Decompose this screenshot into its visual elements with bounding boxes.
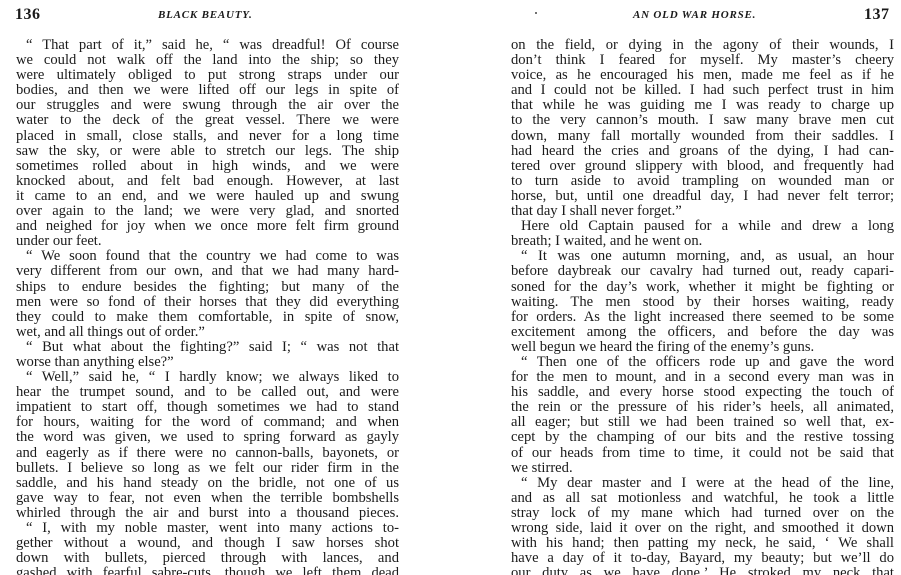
text-line: saw the sky, or were able to stretch our… — [16, 144, 399, 159]
text-line: and eagerly as if there were no cannon-b… — [16, 446, 399, 461]
text-line: have a day of it to-day, Bayard, my beau… — [511, 551, 894, 566]
text-line: horse, but, until one dreadful day, I ha… — [511, 189, 894, 204]
text-line: and neighed for joy when we once more fe… — [16, 219, 399, 234]
text-line: over again to the land; we were very gla… — [16, 204, 399, 219]
text-line: our struggles and were swung through the… — [16, 98, 399, 113]
text-line: for hours, waiting for the word of comma… — [16, 415, 399, 430]
text-line: saddle, and his hand steady on the bridl… — [16, 476, 399, 491]
text-line: sometimes rolled about in high winds, an… — [16, 159, 399, 174]
page-number: 137 — [864, 6, 890, 24]
text-line: had heard the cries and groans of the dy… — [511, 144, 894, 159]
text-line: men were so fond of their horses that th… — [16, 295, 399, 310]
text-line: cept by the champing of our bits and the… — [511, 430, 894, 445]
text-line: gashed with fearful sabre-cuts, though w… — [16, 566, 399, 575]
text-line: all eager; but still we had been trained… — [511, 415, 894, 430]
text-line: were ultimately obliged to put strong st… — [16, 68, 399, 83]
text-line: the word was given, we used to spring fo… — [16, 430, 399, 445]
text-line: with his hand; then patting my neck, he … — [511, 536, 894, 551]
text-line: it came to an end, and we were hauled up… — [16, 189, 399, 204]
body-text: on the field, or dying in the agony of t… — [511, 38, 894, 575]
text-line: “ We soon found that the country we had … — [16, 249, 399, 264]
text-line: “ That part of it,” said he, “ was dread… — [16, 38, 399, 53]
text-line: our duty as we have done.’ He stroked my… — [511, 566, 894, 575]
ornament-dot — [535, 12, 537, 14]
text-line: of our heads from time to time, it could… — [511, 446, 894, 461]
text-line: “ Well,” said he, “ I hardly know; we al… — [16, 370, 399, 385]
text-line: that while he was guiding me I was ready… — [511, 98, 894, 113]
text-line: don’t think I feared for myself. My mast… — [511, 53, 894, 68]
text-line: that day I shall never forget.” — [511, 204, 894, 219]
text-line: wet, and all things out of order.” — [16, 325, 399, 340]
text-line: bodies, and then we were lifted off our … — [16, 83, 399, 98]
text-line: tered over ground slippery with blood, a… — [511, 159, 894, 174]
text-line: and I could not be killed. I had such pe… — [511, 83, 894, 98]
text-line: “ But what about the fighting?” said I; … — [16, 340, 399, 355]
text-line: for orders. As the light increased there… — [511, 310, 894, 325]
running-head: BLACK BEAUTY. — [158, 9, 253, 21]
text-line: voice, as he encouraged his men, made me… — [511, 68, 894, 83]
text-line: soned for the day’s work, whether it mig… — [511, 280, 894, 295]
text-line: they could to make them comfortable, in … — [16, 310, 399, 325]
text-line: the rein or the pressure of his rider’s … — [511, 400, 894, 415]
text-line: stray lock of my mane which had turned o… — [511, 506, 894, 521]
text-line: bullets. I believe so long as we felt ou… — [16, 461, 399, 476]
left-page: 136 BLACK BEAUTY. “ That part of it,” sa… — [0, 0, 450, 575]
text-line: worse than anything else?” — [16, 355, 399, 370]
text-line: ships to endure besides the fighting; bu… — [16, 280, 399, 295]
running-head: AN OLD WAR HORSE. — [633, 9, 756, 21]
text-line: under our feet. — [16, 234, 399, 249]
text-line: before daybreak our cavalry had turned o… — [511, 264, 894, 279]
text-line: very different from our own, and that we… — [16, 264, 399, 279]
text-line: impatient to start off, though sometimes… — [16, 400, 399, 415]
text-line: placed in small, close stalls, and never… — [16, 129, 399, 144]
text-line: “ It was one autumn morning, and, as usu… — [511, 249, 894, 264]
text-line: for the men to mount, and in a second ev… — [511, 370, 894, 385]
text-line: breath; I waited, and he went on. — [511, 234, 894, 249]
text-line: down with bullets, pierced through with … — [16, 551, 399, 566]
text-line: “ My dear master and I were at the head … — [511, 476, 894, 491]
text-line: we stirred. — [511, 461, 894, 476]
book-spread: 136 BLACK BEAUTY. “ That part of it,” sa… — [0, 0, 901, 575]
text-line: water to the deck of the great vessel. T… — [16, 113, 399, 128]
text-line: down, many fall mortally wounded from th… — [511, 129, 894, 144]
text-line: “ Then one of the officers rode up and g… — [511, 355, 894, 370]
text-line: we could not walk off the land into the … — [16, 53, 399, 68]
text-line: gether without a wound, and though I saw… — [16, 536, 399, 551]
text-line: on the field, or dying in the agony of t… — [511, 38, 894, 53]
text-line: his saddle, and every horse stood expect… — [511, 385, 894, 400]
text-line: Here old Captain paused for a while and … — [511, 219, 894, 234]
text-line: waiting. The men stood by their horses w… — [511, 295, 894, 310]
text-line: hear the trumpet sound, and to be called… — [16, 385, 399, 400]
text-line: to the very cannon’s mouth. I saw many b… — [511, 113, 894, 128]
text-line: “ I, with my noble master, went into man… — [16, 521, 399, 536]
text-line: well begun we heard the firing of the en… — [511, 340, 894, 355]
right-page: AN OLD WAR HORSE. 137 on the field, or d… — [450, 0, 901, 575]
text-line: excitement among the officers, and befor… — [511, 325, 894, 340]
body-text: “ That part of it,” said he, “ was dread… — [16, 38, 399, 575]
text-line: wrong side, laid it over on the right, a… — [511, 521, 894, 536]
text-line: knocked about, and felt bad enough. Howe… — [16, 174, 399, 189]
text-line: to turn aside to avoid trampling on woun… — [511, 174, 894, 189]
page-number: 136 — [15, 6, 41, 24]
text-line: whirled through the air and burst into a… — [16, 506, 399, 521]
text-line: and as all sat motionless and watchful, … — [511, 491, 894, 506]
text-line: gave way to fear, not even when the terr… — [16, 491, 399, 506]
